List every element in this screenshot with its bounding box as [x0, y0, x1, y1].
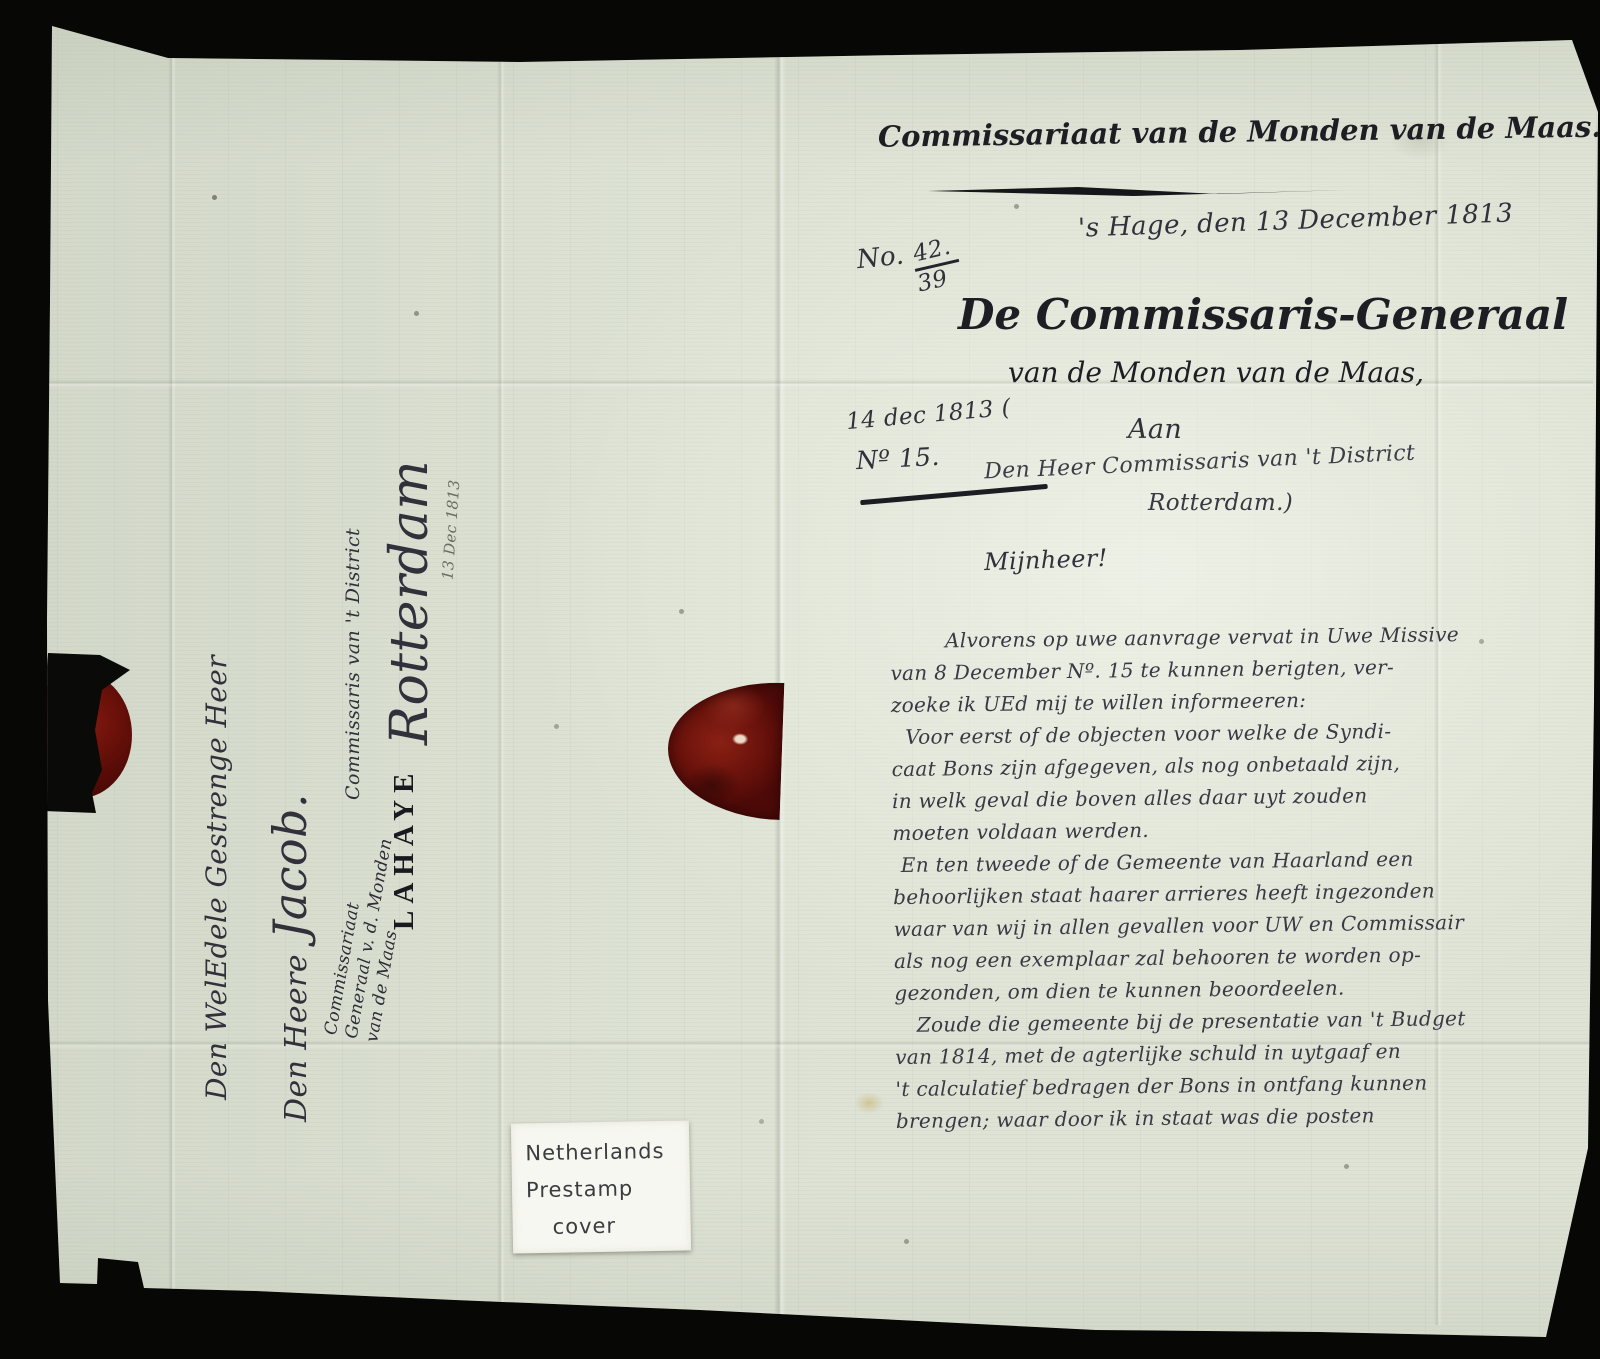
address-panel: Den WelEdele Gestrenge Heer Den Heere Ja… [170, 340, 480, 1130]
sender-title-main: De Commissaris-Generaal [958, 290, 1422, 339]
received-number-note: Nº 15. [855, 442, 940, 475]
fold-crease-vertical-center [774, 30, 786, 1325]
collector-label: Netherlands Prestamp cover [511, 1120, 691, 1253]
addressee-line: Den Heer Commissaris van 't District [984, 441, 1416, 485]
received-note-underline [860, 484, 1048, 505]
document-number: No. 42. 39 [855, 235, 961, 301]
addressee-city: Rotterdam.) [1148, 490, 1293, 516]
letterhead-imprint: Commissariaat van de Monden van de Maas. [878, 112, 1412, 153]
address-name-prefix: Den Heere [279, 954, 314, 1122]
salutation: Mijnheer! [984, 544, 1109, 576]
address-name: Jacob. [263, 793, 317, 939]
letterhead-rule [928, 186, 1346, 198]
address-honorific: Den WelEdele Gestrenge Heer [186, 340, 248, 1130]
photo-of-prestamp-letter: Commissariaat van de Monden van de Maas.… [0, 0, 1600, 1359]
foxing-stain [854, 1092, 884, 1114]
number-label: No. [855, 240, 905, 275]
wax-seal-broken [666, 679, 785, 820]
sender-title-sub: van de Monden van de Maas, [1008, 356, 1372, 389]
label-line-type: Prestamp [526, 1169, 691, 1209]
number-fraction: 42. 39 [910, 235, 960, 295]
paper-specks [0, 0, 3, 3]
address-city: Rotterdam [380, 460, 440, 745]
fold-crease-vertical-mid-left [497, 30, 505, 1325]
label-line-country: Netherlands [525, 1132, 690, 1172]
letter-body: Alvorens op uwe aanvrage vervat in Uwe M… [890, 617, 1564, 1137]
addressee-intro: Aan [1128, 414, 1182, 445]
received-date-note: 14 dec 1813 ( [845, 395, 1012, 435]
place-date-line: 's Hage, den 13 December 1813 [1078, 198, 1514, 243]
body-line: brengen; waar door ik in staat was die p… [896, 1097, 1564, 1137]
label-line-item: cover [526, 1206, 691, 1246]
letter-sheet: Commissariaat van de Monden van de Maas.… [0, 0, 1600, 1359]
